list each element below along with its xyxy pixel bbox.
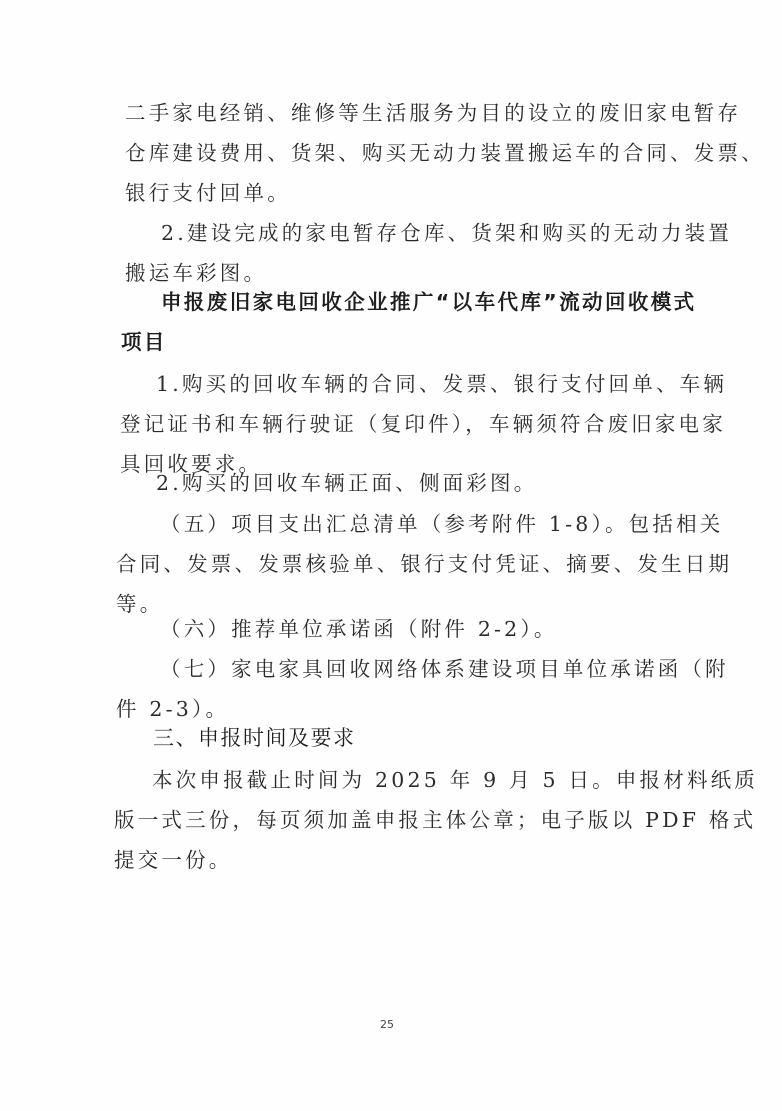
text-line: （六）推荐单位承诺函（附件 2-2）。 [160,615,558,643]
text-line: 版一式三份，每页须加盖申报主体公章；电子版以 PDF 格式 [114,806,756,834]
text-line: 银行支付回单。 [125,179,291,207]
document-page: 二手家电经销、维修等生活服务为目的设立的废旧家电暂存 仓库建设费用、货架、购买无… [0,0,782,1111]
text-line: （七）家电家具回收网络体系建设项目单位承诺函（附 [160,655,729,683]
text-line: 2.购买的回收车辆正面、侧面彩图。 [156,469,537,497]
text-line: （五）项目支出汇总清单（参考附件 1-8）。包括相关 [160,510,723,538]
text-line: 2.建设完成的家电暂存仓库、货架和购买的无动力装置 [161,219,732,247]
text-line: 本次申报截止时间为 2025 年 9 月 5 日。申报材料纸质 [152,766,758,794]
text-line: 合同、发票、发票核验单、银行支付凭证、摘要、发生日期 [116,550,732,578]
text-line: 仓库建设费用、货架、购买无动力装置搬运车的合同、发票、 [125,139,765,167]
text-line: 搬运车彩图。 [125,259,267,287]
text-line: 1.购买的回收车辆的合同、发票、银行支付回单、车辆 [156,370,727,398]
subsection-heading: 申报废旧家电回收企业推广“以车代库”流动回收模式 [161,288,697,316]
text-line: 件 2-3）。 [116,695,229,723]
text-line: 登记证书和车辆行驶证（复印件），车辆须符合废旧家电家 [120,410,726,438]
subsection-heading: 项目 [121,328,167,356]
text-line: 等。 [116,590,163,618]
page-number: 25 [380,1018,394,1031]
text-line: 提交一份。 [114,846,233,874]
section-heading: 三、申报时间及要求 [153,724,356,752]
text-line: 二手家电经销、维修等生活服务为目的设立的废旧家电暂存 [125,99,741,127]
